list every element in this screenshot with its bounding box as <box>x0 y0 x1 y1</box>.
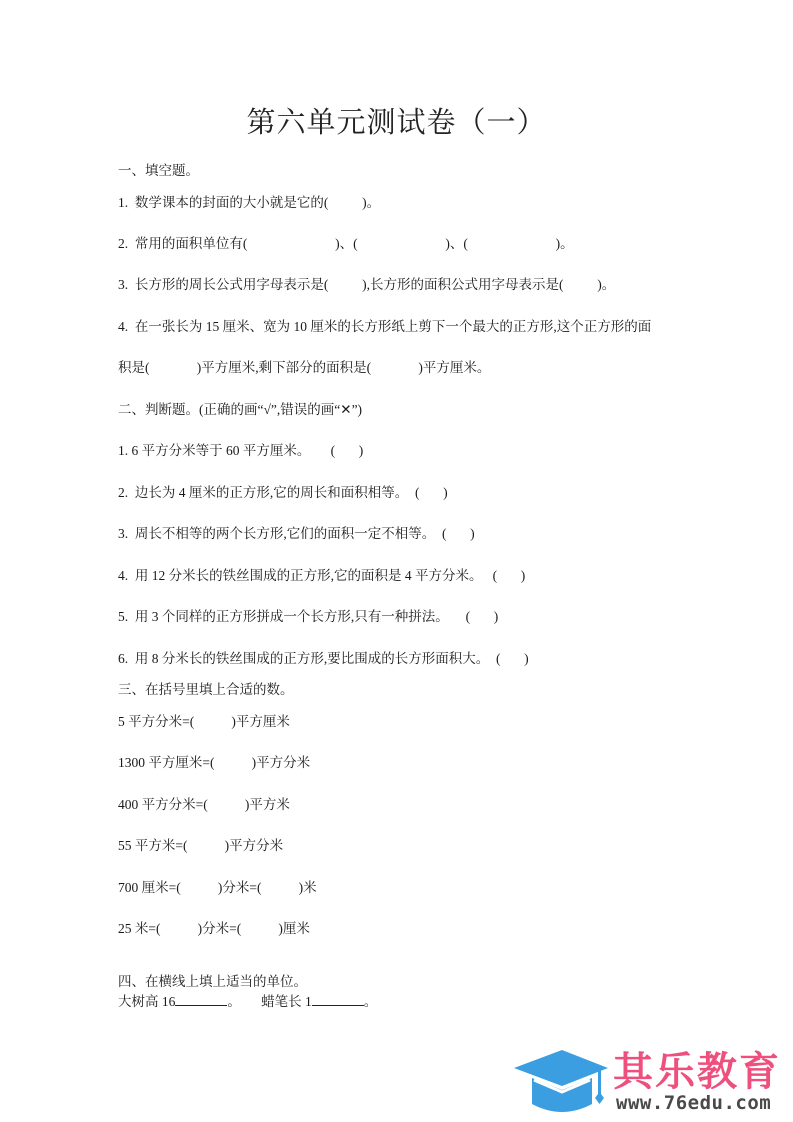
fill-question-2: 2. 常用的面积单位有( )、( )、( )。 <box>118 235 574 253</box>
judge-item-6: 6. 用 8 分米长的铁丝围成的正方形,要比围成的长方形面积大。 ( ) <box>118 650 529 668</box>
unit-item-1-prefix: 大树高 16 <box>118 994 175 1009</box>
judge-item-2: 2. 边长为 4 厘米的正方形,它的周长和面积相等。 ( ) <box>118 484 448 502</box>
unit-item-2-prefix: 蜡笔长 1 <box>261 994 312 1009</box>
section2-heading: 二、判断题。(正确的画“√”,错误的画“✕”) <box>118 401 362 419</box>
unit-items-row: 大树高 16。 蜡笔长 1。 <box>118 993 377 1011</box>
convert-item-4: 55 平方米=( )平方分米 <box>118 837 283 855</box>
watermark-url: www.76edu.com <box>616 1092 771 1114</box>
page-title: 第六单元测试卷（一） <box>0 100 793 141</box>
watermark-logo: 其乐教育 www.76edu.com <box>508 1040 788 1120</box>
fill-question-4-line1: 4. 在一张长为 15 厘米、宽为 10 厘米的长方形纸上剪下一个最大的正方形,… <box>118 318 651 336</box>
convert-item-5: 700 厘米=( )分米=( )米 <box>118 879 317 897</box>
convert-item-6: 25 米=( )分米=( )厘米 <box>118 920 310 938</box>
convert-item-3: 400 平方分米=( )平方米 <box>118 796 290 814</box>
fill-question-3: 3. 长方形的周长公式用字母表示是( ),长方形的面积公式用字母表示是( )。 <box>118 276 615 294</box>
watermark-name: 其乐教育 <box>613 1040 781 1097</box>
judge-item-5: 5. 用 3 个同样的正方形拼成一个长方形,只有一种拼法。 ( ) <box>118 608 498 626</box>
graduation-cap-icon <box>510 1046 610 1118</box>
section4-heading: 四、在横线上填上适当的单位。 <box>118 973 307 991</box>
section1-heading: 一、填空题。 <box>118 162 199 180</box>
section3-heading: 三、在括号里填上合适的数。 <box>118 681 294 699</box>
unit-blank-2 <box>312 993 364 1006</box>
fill-question-4-line2: 积是( )平方厘米,剩下部分的面积是( )平方厘米。 <box>118 359 490 377</box>
judge-item-4: 4. 用 12 分米长的铁丝围成的正方形,它的面积是 4 平方分米。 ( ) <box>118 567 525 585</box>
unit-item-2-suffix: 。 <box>364 994 378 1009</box>
convert-item-1: 5 平方分米=( )平方厘米 <box>118 713 290 731</box>
unit-blank-1 <box>175 993 227 1006</box>
convert-item-2: 1300 平方厘米=( )平方分米 <box>118 754 310 772</box>
fill-question-1: 1. 数学课本的封面的大小就是它的( )。 <box>118 194 380 212</box>
judge-item-1: 1. 6 平方分米等于 60 平方厘米。 ( ) <box>118 442 363 460</box>
unit-item-1-suffix: 。 <box>227 994 241 1009</box>
judge-item-3: 3. 周长不相等的两个长方形,它们的面积一定不相等。 ( ) <box>118 525 475 543</box>
